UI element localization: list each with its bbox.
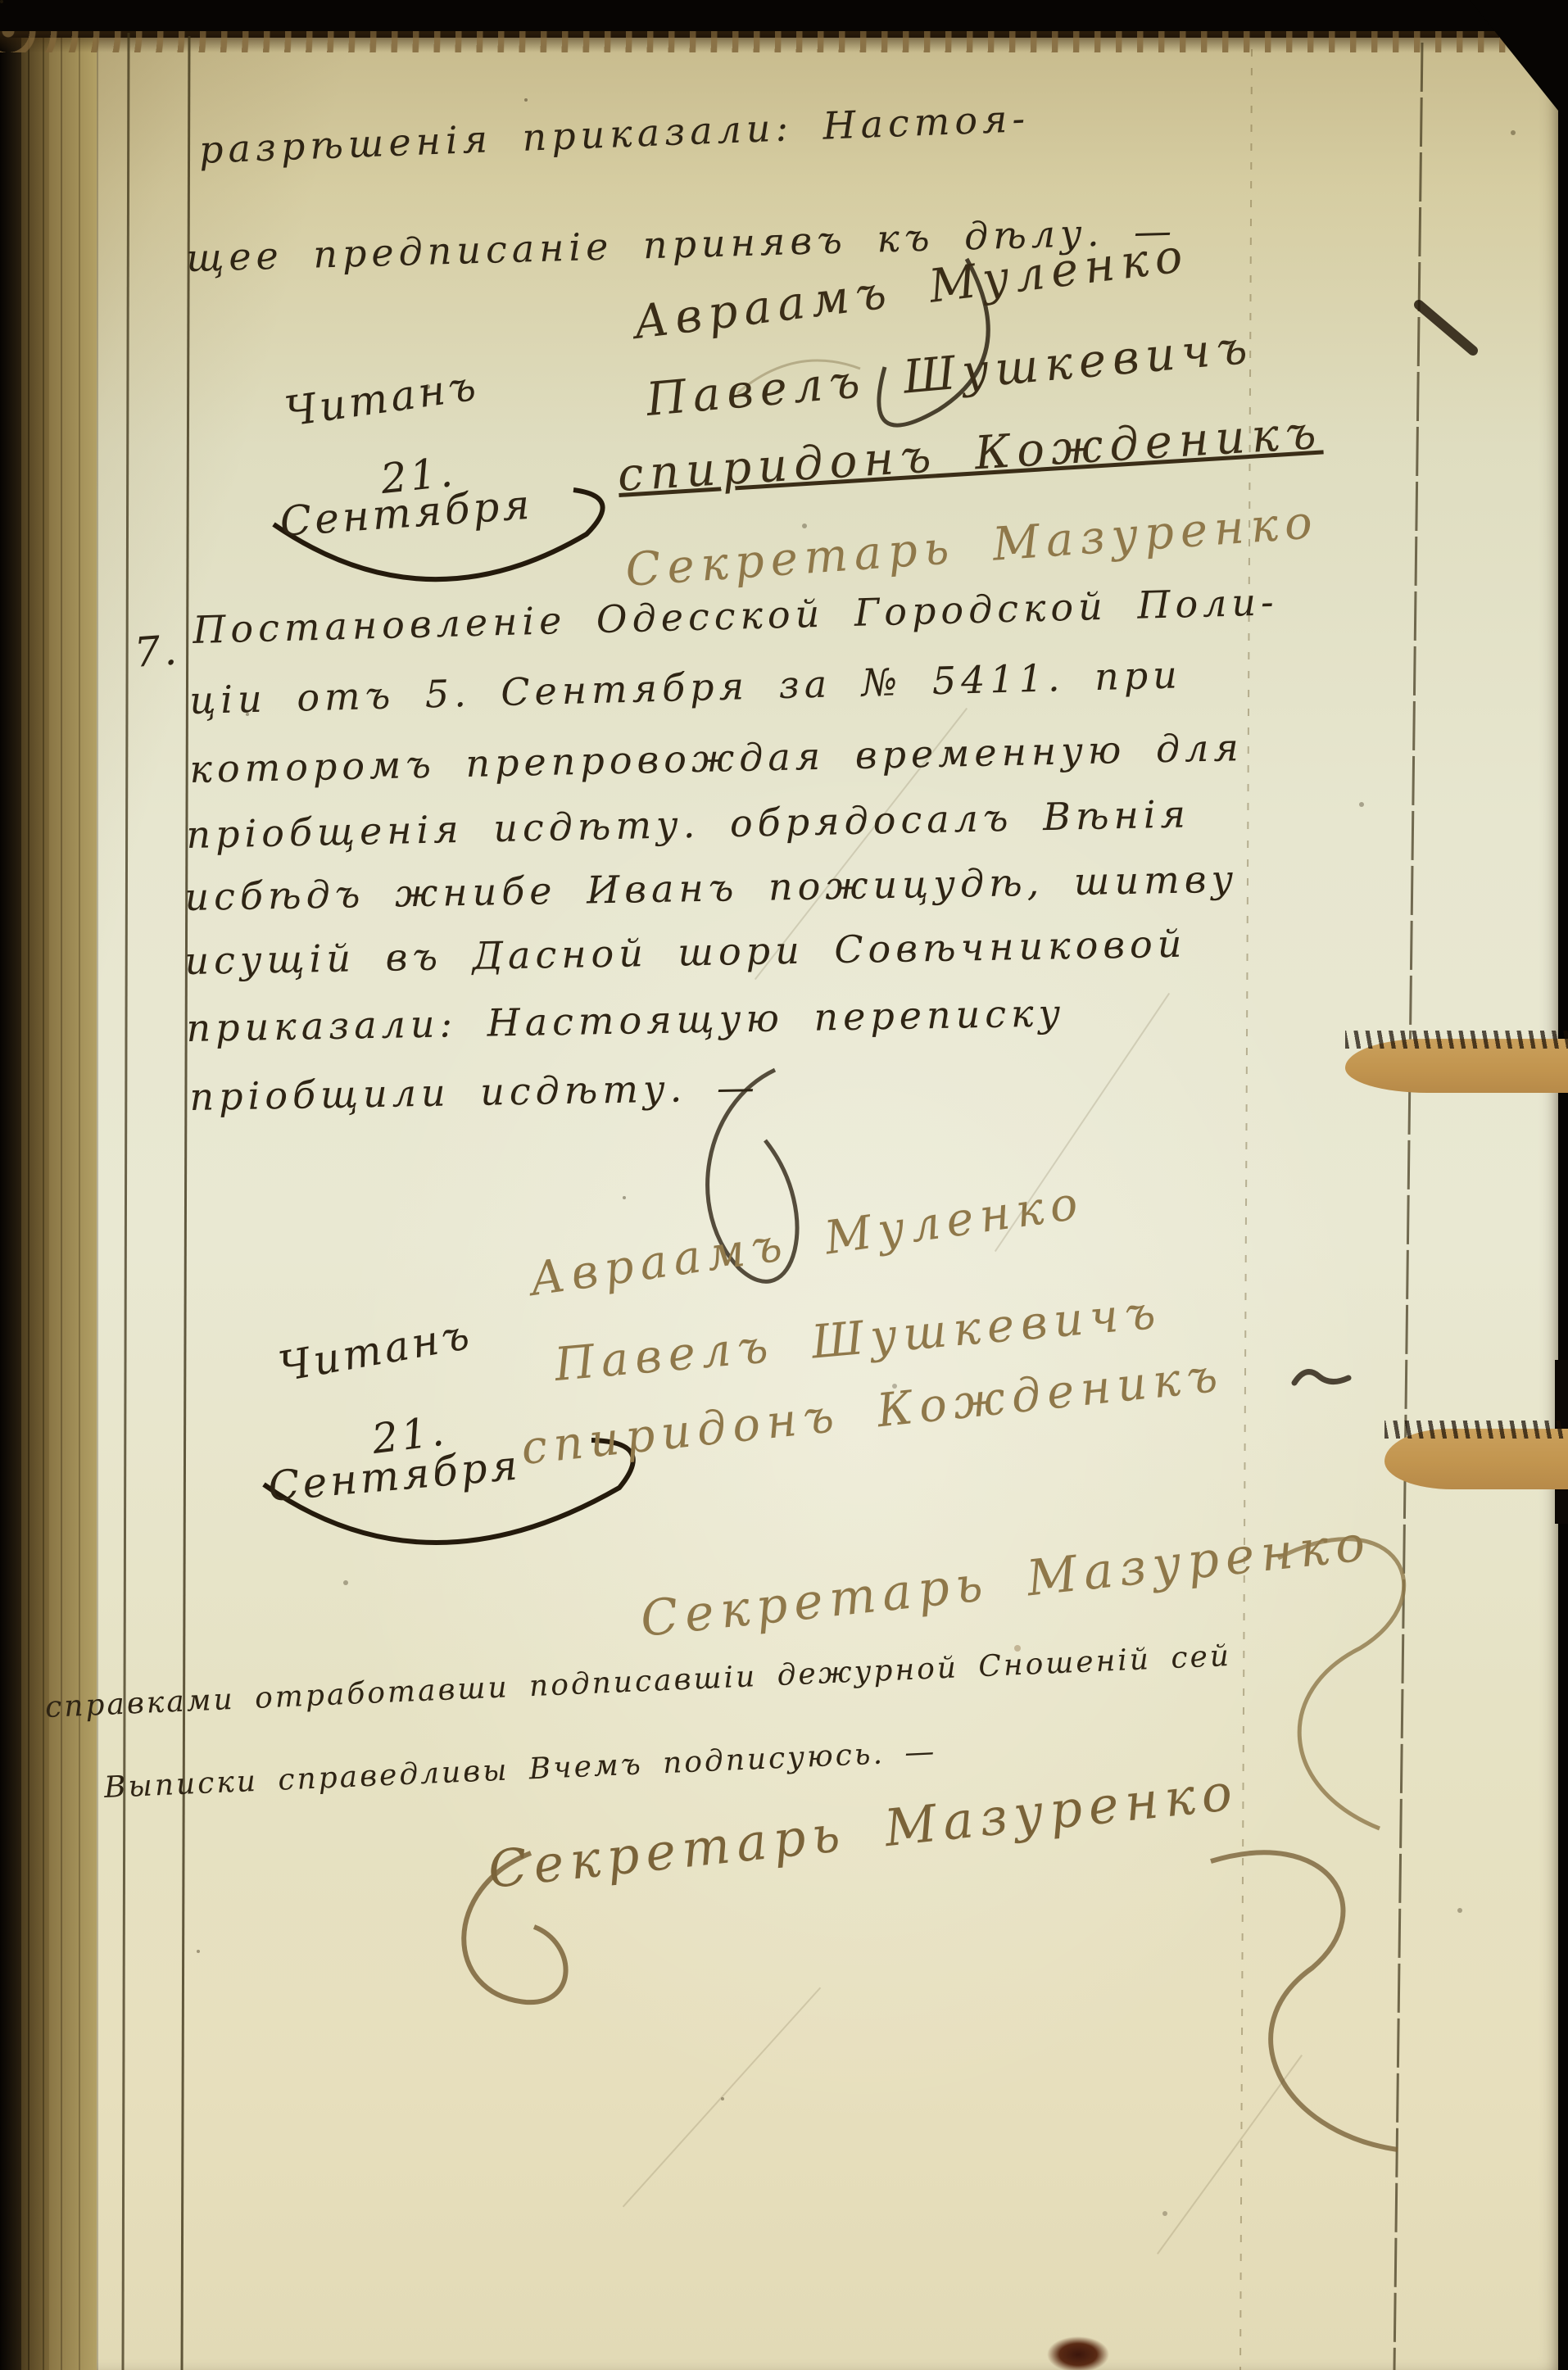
torn-top-fray <box>0 31 1568 52</box>
page-edge-crease <box>97 0 98 2370</box>
page-edge-crease <box>61 0 62 2370</box>
ink-stain-bottom <box>1047 2336 1109 2370</box>
margin-entry-number: 7. <box>133 626 182 677</box>
paper-specks <box>0 0 3 3</box>
repair-patch-1 <box>1345 1039 1568 1093</box>
page-edge-crease <box>28 0 29 2370</box>
page-edge-crease <box>43 0 44 2370</box>
repair-patch-2 <box>1384 1429 1568 1489</box>
page-edge-crease <box>79 0 80 2370</box>
page-stack-edge <box>21 0 49 2370</box>
repair-patch-1-fray <box>1345 1031 1568 1049</box>
binding-shadow-edge <box>0 0 21 2370</box>
scanned-manuscript-page: разрѣшенія приказали: Настоя- щее предпи… <box>0 0 1568 2370</box>
repair-patch-2-fray <box>1384 1421 1568 1439</box>
page-stack-edge-light <box>49 0 97 2370</box>
